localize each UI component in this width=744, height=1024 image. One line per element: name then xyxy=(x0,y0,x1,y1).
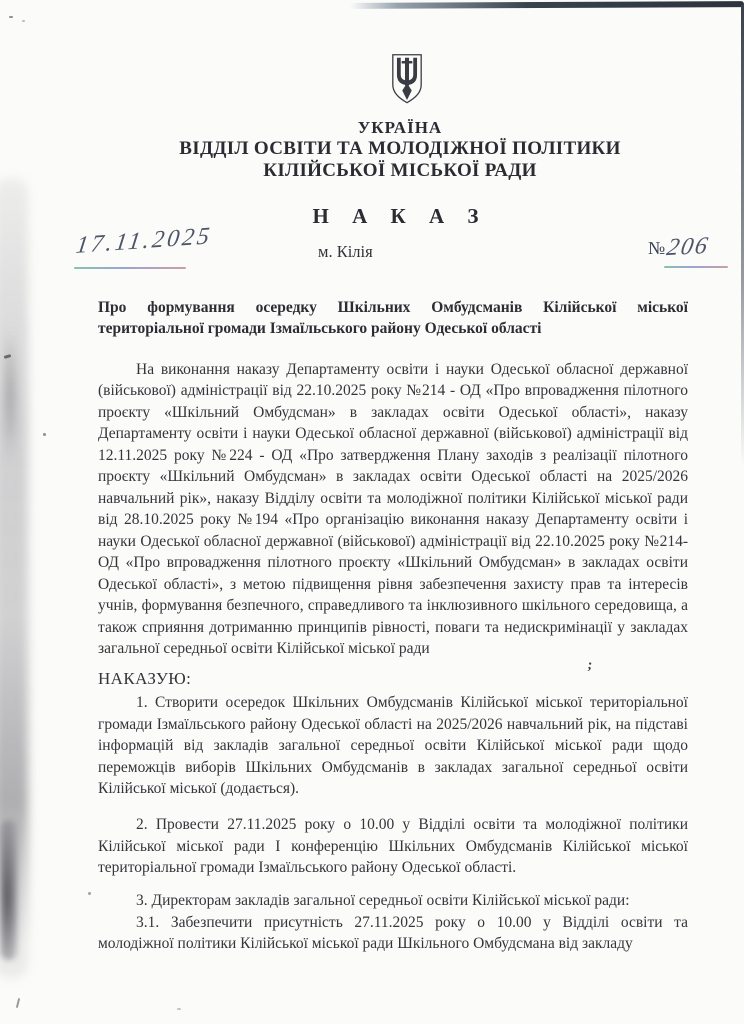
order-item-text: 3.1. Забезпечити присутність 27.11.2025 … xyxy=(98,912,688,955)
number-underline xyxy=(664,266,728,268)
country-title: УКРАЇНА xyxy=(96,118,704,138)
org-name-line2: КІЛІЙСЬКОЇ МІСЬКОЇ РАДИ xyxy=(96,160,704,182)
number-label: № xyxy=(648,238,665,258)
scan-speck xyxy=(88,892,91,895)
handwritten-number: 206 xyxy=(665,233,712,263)
document-header: УКРАЇНА ВІДДІЛ ОСВІТИ ТА МОЛОДІЖНОЇ ПОЛІ… xyxy=(96,118,704,182)
scan-speck xyxy=(4,354,12,359)
date-underline xyxy=(74,267,186,269)
scan-smudge-left xyxy=(0,178,28,978)
ukraine-trident-emblem xyxy=(389,53,425,105)
document-number: №206 xyxy=(648,234,709,261)
scan-edge-line-top xyxy=(350,1,744,9)
scan-speck xyxy=(9,16,13,18)
order-item-1: 1. Створити осередок Шкільних Омбудсмані… xyxy=(98,692,688,800)
scan-speck xyxy=(43,433,46,436)
order-item-text: 3. Директорам закладів загальної середнь… xyxy=(98,890,688,912)
order-item-3: 3. Директорам закладів загальної середнь… xyxy=(98,890,688,955)
scan-smudge-left-mid xyxy=(2,330,18,460)
org-name-line1: ВІДДІЛ ОСВІТИ ТА МОЛОДІЖНОЇ ПОЛІТИКИ xyxy=(96,138,704,160)
order-item-text: 2. Провести 27.11.2025 року о 10.00 у Ві… xyxy=(98,814,688,879)
scan-speck xyxy=(22,20,25,22)
scan-speck xyxy=(16,998,20,1008)
order-word: НАКАЗУЮ: xyxy=(98,668,688,690)
scan-smudge-left-dark xyxy=(0,820,18,960)
place-name: м. Кілія xyxy=(318,242,373,262)
scan-speck xyxy=(177,1008,181,1010)
order-item-text: 1. Створити осередок Шкільних Омбудсмані… xyxy=(98,692,688,800)
order-item-2: 2. Провести 27.11.2025 року о 10.00 у Ві… xyxy=(98,814,688,879)
preamble-paragraph: На виконання наказу Департаменту освіти … xyxy=(98,359,688,660)
subject-line: Про формування осередку Шкільних Омбудсм… xyxy=(98,297,688,340)
scanned-document-page: ; УКРАЇНА ВІДДІЛ ОСВІТИ ТА МОЛОДІЖНОЇ ПО… xyxy=(0,0,744,1024)
